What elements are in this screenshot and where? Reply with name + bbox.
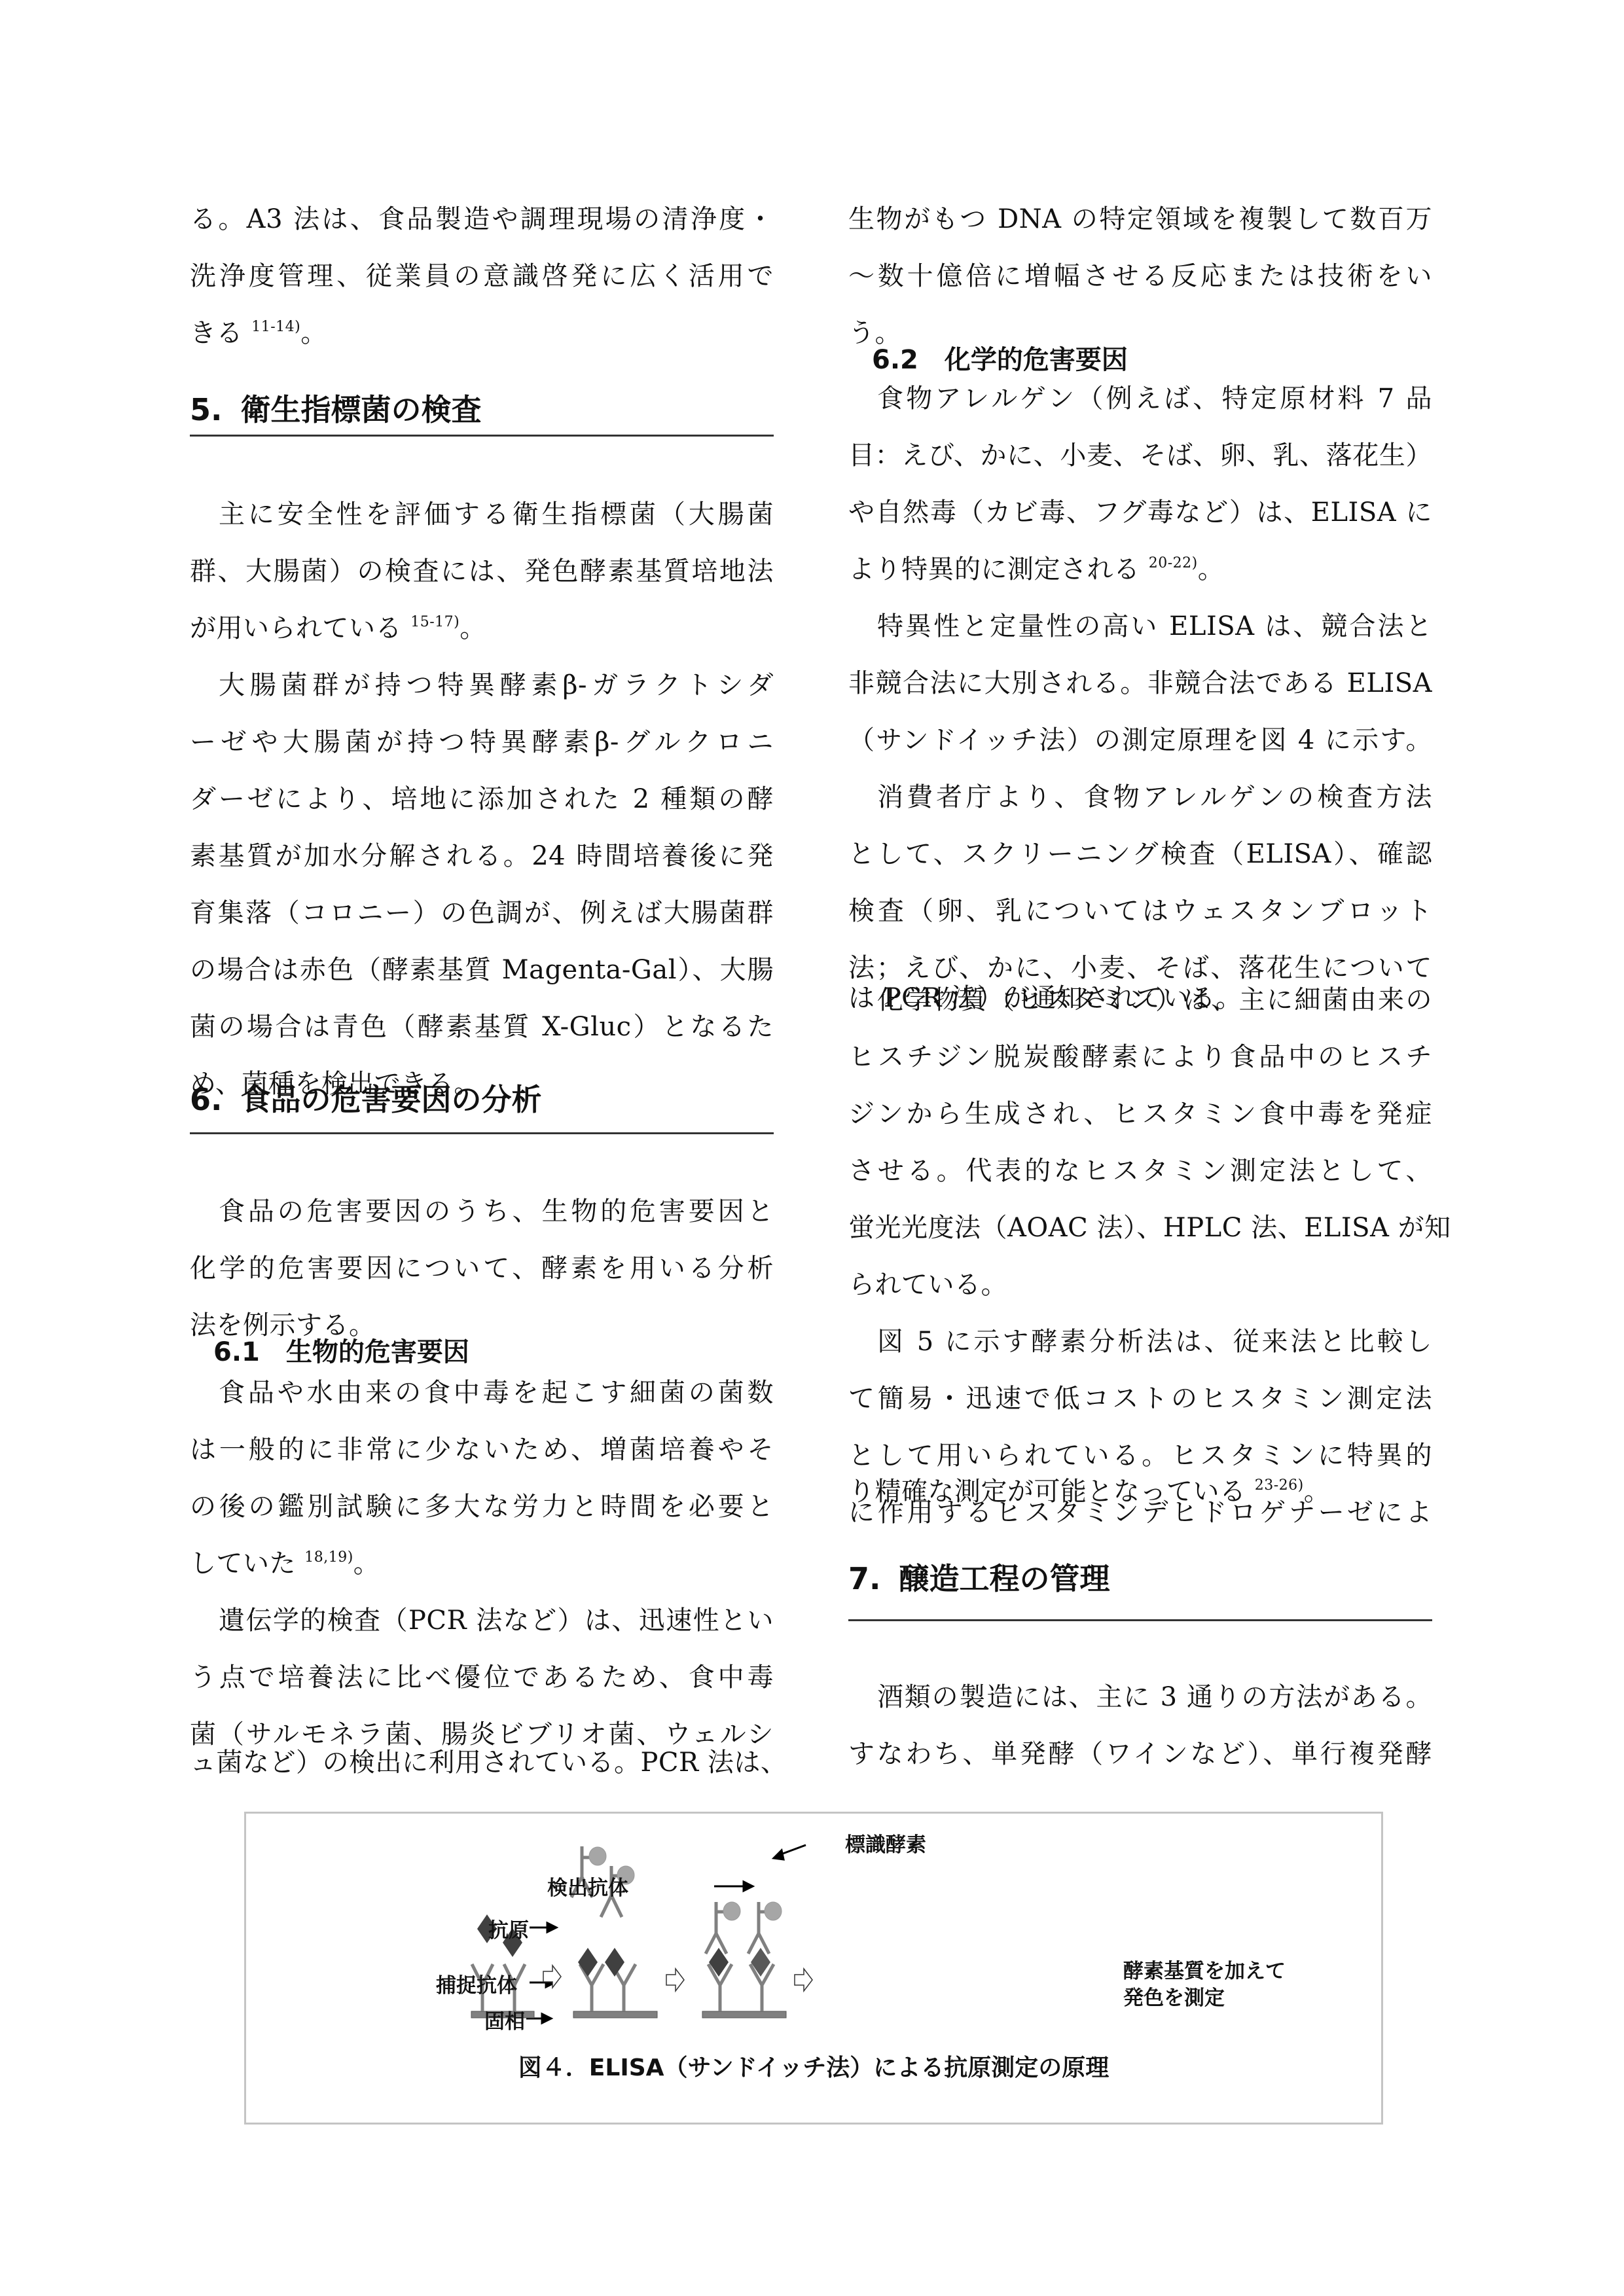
text-line: 遺伝学的検査（PCR 法など）は、迅速性とい — [190, 1592, 774, 1649]
label-result-line-1: 酵素基質を加えて — [1123, 1954, 1286, 1984]
text-line: （サンドイッチ法）の測定原理を図 4 に示す。 — [848, 712, 1432, 769]
text-line: り精確な測定が可能となっている 23-26)。 — [848, 1463, 1432, 1520]
section-title: 食品の危害要因の分析 — [240, 1082, 541, 1117]
text-line: 素基質が加水分解される。24 時間培養後に発 — [190, 828, 774, 885]
text: 。 — [353, 1549, 380, 1579]
text-line: ～数十億倍に増幅させる反応または技術をい — [848, 248, 1432, 305]
text-line: ュ菌など）の検出に利用されている。PCR 法は、 — [190, 1734, 774, 1791]
text-line: 特異性と定量性の高い ELISA は、競合法と — [848, 598, 1432, 655]
heading-rule — [190, 435, 774, 437]
citation: 18,19) — [304, 1549, 353, 1566]
text: していた — [190, 1549, 296, 1579]
text-line: 化学的危害要因について、酵素を用いる分析 — [190, 1240, 774, 1297]
text-line: 消費者庁より、食物アレルゲンの検査方法 — [848, 769, 1432, 826]
text-line: 菌の場合は青色（酵素基質 X-Gluc）となるた — [190, 999, 774, 1056]
text-line: ヒスチジン脱炭酸酵素により食品中のヒスチ — [848, 1029, 1432, 1086]
text: きる — [190, 318, 243, 348]
text-line: 大腸菌群が持つ特異酵素β-ガラクトシダ — [190, 657, 774, 714]
citation: 15-17) — [410, 614, 460, 630]
text-line: させる。代表的なヒスタミン測定法として、 — [848, 1143, 1432, 1200]
text-line: が用いられている 15-17)。 — [190, 600, 774, 657]
figure-4-elisa-diagram: 検出抗体 標識酵素 抗原 捕捉抗体 固相 酵素基質を加えて 発色を測定 図４．E… — [244, 1812, 1383, 2125]
text-line: られている。 — [848, 1257, 1432, 1314]
section-heading-7: 7.醸造工程の管理 — [848, 1559, 1432, 1598]
section-number: 6. — [190, 1082, 222, 1117]
text-line: ジンから生成され、ヒスタミン食中毒を発症 — [848, 1086, 1432, 1143]
section-heading-6: 6.食品の危害要因の分析 — [190, 1080, 774, 1119]
label-detection-antibody: 検出抗体 — [547, 1871, 628, 1901]
text-line: として、スクリーニング検査（ELISA）、確認 — [848, 826, 1432, 883]
text-line: 蛍光光度法（AOAC 法）、HPLC 法、ELISA が知 — [848, 1200, 1432, 1257]
subsection-title: 生物的危害要因 — [286, 1337, 469, 1367]
text: り精確な測定が可能となっている — [848, 1477, 1246, 1507]
figure-caption: 図４．ELISA（サンドイッチ法）による抗原測定の原理 — [246, 2049, 1381, 2083]
text-line: 非競合法に大別される。非競合法である ELISA — [848, 655, 1432, 712]
section-number: 7. — [848, 1561, 880, 1596]
label-capture-antibody: 捕捉抗体 — [436, 1969, 517, 1998]
text-line: 洗浄度管理、従業員の意識啓発に広く活用で — [190, 248, 774, 305]
elisa-diagram-graphic — [246, 1814, 1385, 2049]
heading-rule — [190, 1132, 774, 1134]
text-line: 検査（卵、乳についてはウェスタンブロット — [848, 883, 1432, 940]
process-arrow-2 — [666, 1969, 684, 1991]
label-antigen: 抗原 — [488, 1914, 529, 1943]
text-line: ダーゼにより、培地に添加された 2 種類の酵 — [190, 771, 774, 828]
text-line: していた 18,19)。 — [190, 1535, 774, 1592]
text-line: すなわち、単発酵（ワインなど）、単行複発酵 — [848, 1726, 1432, 1783]
text-line: 食品の危害要因のうち、生物的危害要因と — [190, 1183, 774, 1240]
text-line: 化学物質（ヒスタミン）は、主に細菌由来の — [848, 972, 1432, 1029]
text-line: より特異的に測定される 20-22)。 — [848, 541, 1432, 598]
text: より特異的に測定される — [848, 554, 1140, 584]
label-solid-phase: 固相 — [484, 2005, 525, 2034]
text-line: る。A3 法は、食品製造や調理現場の清浄度・ — [190, 191, 774, 248]
section-title: 衛生指標菌の検査 — [240, 392, 481, 427]
citation: 20-22) — [1149, 555, 1198, 571]
text-line: や自然毒（カビ毒、フグ毒など）は、ELISA に — [848, 484, 1432, 541]
text: 。 — [1304, 1477, 1331, 1507]
stage-3 — [702, 1902, 786, 2018]
text-line: 群、大腸菌）の検査には、発色酵素基質培地法 — [190, 543, 774, 600]
text-line: 食品や水由来の食中毒を起こす細菌の菌数 — [190, 1365, 774, 1422]
subsection-number: 6.1 — [213, 1337, 260, 1367]
text-line: 目：えび、かに、小麦、そば、卵、乳、落花生） — [848, 427, 1432, 484]
citation: 23-26) — [1255, 1477, 1304, 1494]
text-line: きる 11-14)。 — [190, 305, 774, 362]
text-line: は一般的に非常に少ないため、増菌培養やそ — [190, 1422, 774, 1479]
text: が用いられている — [190, 613, 402, 643]
text-line: て簡易・迅速で低コストのヒスタミン測定法 — [848, 1371, 1432, 1427]
process-arrow-3 — [795, 1969, 812, 1991]
text: 。 — [460, 613, 486, 643]
text-line: ーゼや大腸菌が持つ特異酵素β-グルクロニ — [190, 714, 774, 771]
text-line: う点で培養法に比べ優位であるため、食中毒 — [190, 1649, 774, 1706]
text-line: 食物アレルゲン（例えば、特定原材料 7 品 — [848, 370, 1432, 427]
citation: 11-14) — [251, 319, 300, 335]
label-result-line-2: 発色を測定 — [1123, 1981, 1225, 2011]
text-line: 育集落（コロニー）の色調が、例えば大腸菌群 — [190, 885, 774, 942]
section-heading-5: 5.衛生指標菌の検査 — [190, 390, 774, 429]
text-line: 主に安全性を評価する衛生指標菌（大腸菌 — [190, 486, 774, 543]
text-line: 生物がもつ DNA の特定領域を複製して数百万 — [848, 191, 1432, 248]
section-title: 醸造工程の管理 — [899, 1561, 1110, 1596]
label-label-enzyme: 標識酵素 — [845, 1828, 926, 1857]
text-line: の後の鑑別試験に多大な労力と時間を必要と — [190, 1479, 774, 1535]
heading-rule — [848, 1619, 1432, 1621]
text-line: 図 5 に示す酵素分析法は、従来法と比較し — [848, 1314, 1432, 1371]
text-line: の場合は赤色（酵素基質 Magenta-Gal）、大腸 — [190, 942, 774, 999]
text: 。 — [300, 318, 327, 348]
text-line: 酒類の製造には、主に 3 通りの方法がある。 — [848, 1669, 1432, 1726]
section-number: 5. — [190, 392, 222, 427]
text: 。 — [1198, 554, 1225, 584]
